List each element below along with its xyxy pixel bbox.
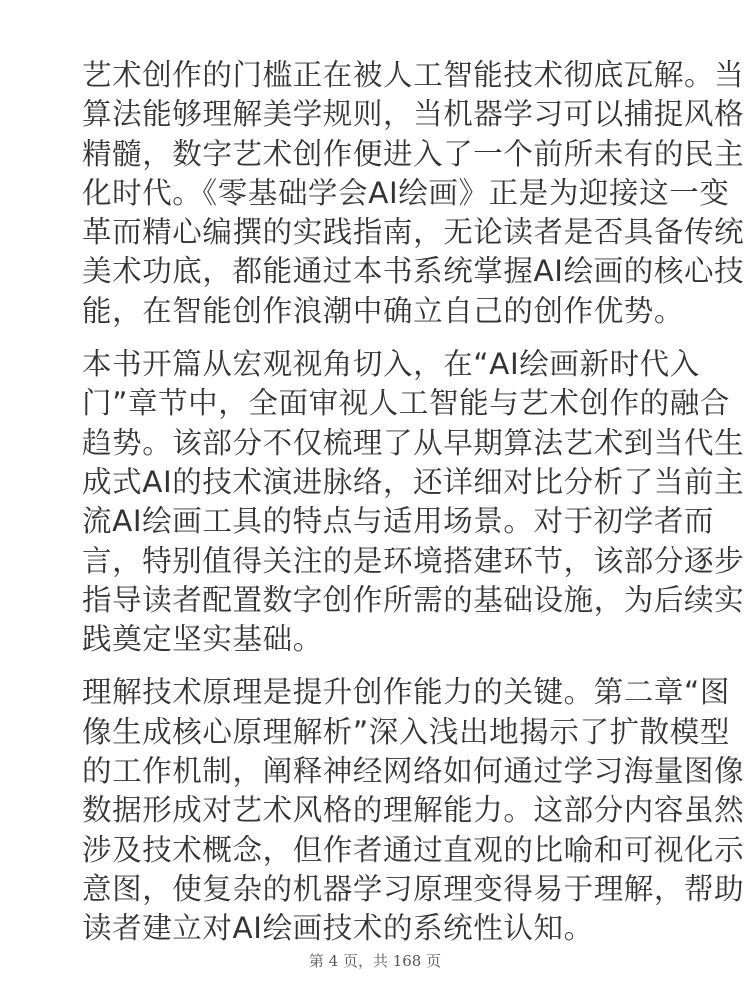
- page-indicator: 第 4 页，共 168 页: [0, 950, 750, 971]
- text-line: 能，在智能创作浪潮中确立自己的创作优势。: [82, 292, 666, 331]
- text-line: 算法能够理解美学规则，当机器学习可以捕捉风格: [82, 95, 666, 134]
- text-line: 言，特别值得关注的是环境搭建环节，该部分逐步: [82, 542, 666, 581]
- text-line: 成式AI的技术演进脉络，还详细对比分析了当前主: [82, 463, 666, 502]
- text-line: 化时代。《零基础学会AI绘画》正是为迎接这一变: [82, 174, 666, 213]
- text-line: 门”章节中，全面审视人工智能与艺术创作的融合: [82, 384, 666, 423]
- text-line: 指导读者配置数字创作所需的基础设施，为后续实: [82, 581, 666, 620]
- text-line: 美术功底，都能通过本书系统掌握AI绘画的核心技: [82, 252, 666, 291]
- text-line: 理解技术原理是提升创作能力的关键。第二章“图: [82, 673, 666, 712]
- text-line: 革而精心编撰的实践指南，无论读者是否具备传统: [82, 213, 666, 252]
- text-line: 流AI绘画工具的特点与适用场景。对于初学者而: [82, 502, 666, 541]
- text-line: 数据形成对艺术风格的理解能力。这部分内容虽然: [82, 791, 666, 830]
- text-line: 本书开篇从宏观视角切入，在“AI绘画新时代入: [82, 345, 666, 384]
- paragraph-3: 理解技术原理是提升创作能力的关键。第二章“图 像生成核心原理解析”深入浅出地揭示…: [82, 673, 666, 948]
- text-line: 意图，使复杂的机器学习原理变得易于理解，帮助: [82, 870, 666, 909]
- text-line: 读者建立对AI绘画技术的系统性认知。: [82, 909, 666, 948]
- text-line: 艺术创作的门槛正在被人工智能技术彻底瓦解。当: [82, 56, 666, 95]
- text-line: 践奠定坚实基础。: [82, 620, 666, 659]
- text-line: 的工作机制，阐释神经网络如何通过学习海量图像: [82, 752, 666, 791]
- text-line: 像生成核心原理解析”深入浅出地揭示了扩散模型: [82, 713, 666, 752]
- paragraph-2: 本书开篇从宏观视角切入，在“AI绘画新时代入 门”章节中，全面审视人工智能与艺术…: [82, 345, 666, 659]
- text-line: 涉及技术概念，但作者通过直观的比喻和可视化示: [82, 831, 666, 870]
- paragraph-1: 艺术创作的门槛正在被人工智能技术彻底瓦解。当 算法能够理解美学规则，当机器学习可…: [82, 56, 666, 331]
- document-page: 艺术创作的门槛正在被人工智能技术彻底瓦解。当 算法能够理解美学规则，当机器学习可…: [82, 56, 666, 963]
- text-line: 精髓，数字艺术创作便进入了一个前所未有的民主: [82, 135, 666, 174]
- text-line: 趋势。该部分不仅梳理了从早期算法艺术到当代生: [82, 424, 666, 463]
